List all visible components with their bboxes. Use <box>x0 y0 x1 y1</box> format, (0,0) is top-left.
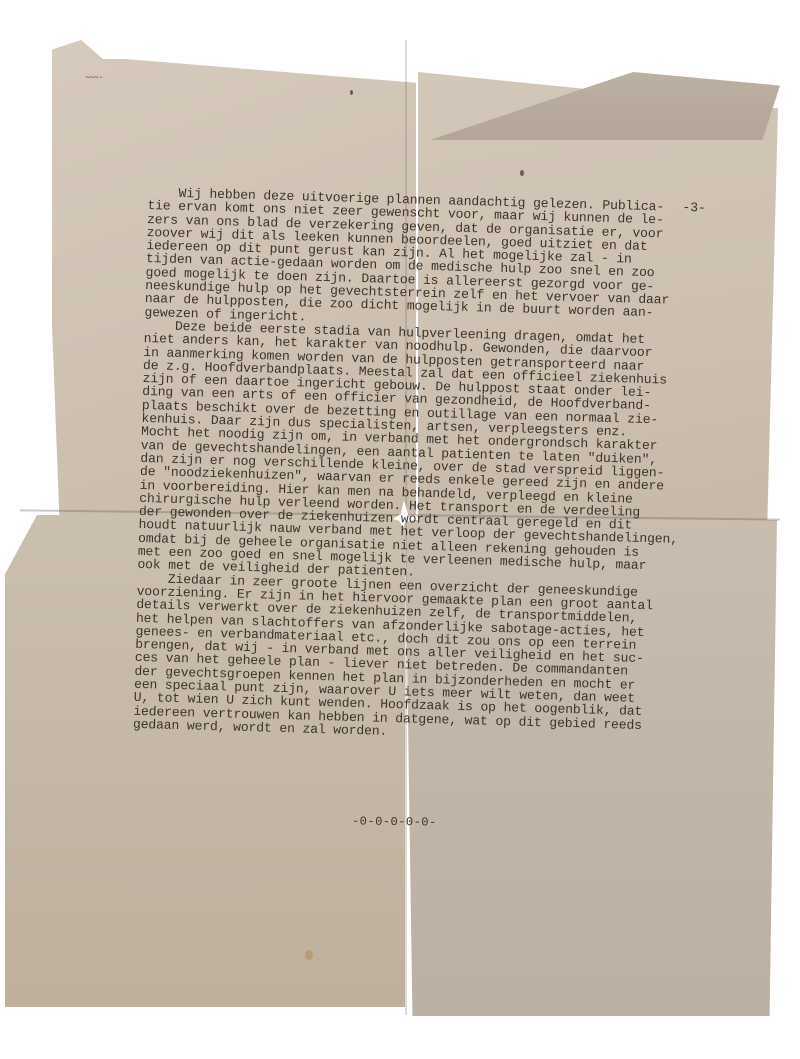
paragraphs: Wij hebben deze uitvoerige plannen aanda… <box>133 186 778 749</box>
stain <box>350 90 353 95</box>
corner-mark: ~~~· <box>85 73 103 83</box>
stain <box>520 170 524 176</box>
page-number: -3- <box>682 201 705 215</box>
end-separator: -0-0-0-0-0- <box>352 814 437 829</box>
document-body: -3- Wij hebben deze uitvoerige plannen a… <box>133 186 778 749</box>
paragraph: Deze beide eerste stadia van hulpverleen… <box>137 319 774 589</box>
stain <box>305 950 313 960</box>
paragraph: Ziedaar in zeer groote lijnen een overzi… <box>133 571 767 748</box>
